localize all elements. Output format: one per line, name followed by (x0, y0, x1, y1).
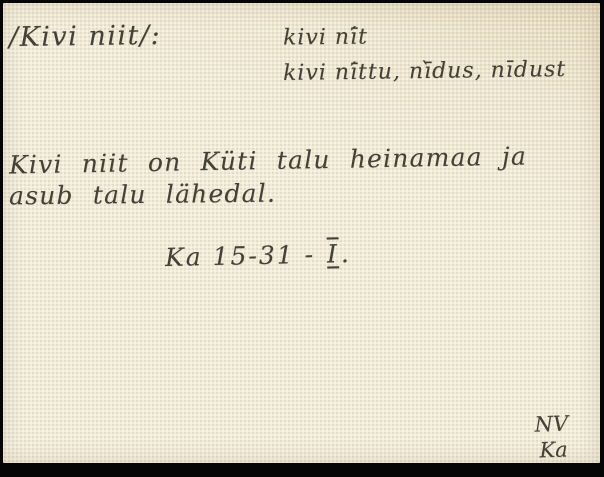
map-reference-prefix: Ka 15-31 - (165, 240, 326, 272)
collector-initials-line-2: Ka (539, 436, 569, 463)
dialect-form-line-1: kivi nī́t (283, 25, 368, 51)
dialect-form-line-2: kivi nī́ttu, nī̀dus, nīdust (283, 57, 567, 86)
description-line-2: asub talu lähedal. (9, 179, 276, 211)
collector-initials: NV Ka (534, 410, 569, 463)
scanned-card-image: /Kivi niit/: kivi nī́t kivi nī́ttu, nī̀d… (0, 0, 604, 477)
map-reference-numeral: I (325, 239, 341, 268)
index-card: /Kivi niit/: kivi nī́t kivi nī́ttu, nī̀d… (3, 3, 600, 463)
map-reference-suffix: . (341, 239, 352, 268)
place-name-heading: /Kivi niit/: (9, 20, 161, 53)
collector-initials-line-1: NV (534, 410, 568, 437)
map-reference: Ka 15-31 - I. (165, 239, 351, 272)
description-line-1: Kivi niit on Küti talu heinamaa ja (9, 141, 527, 179)
